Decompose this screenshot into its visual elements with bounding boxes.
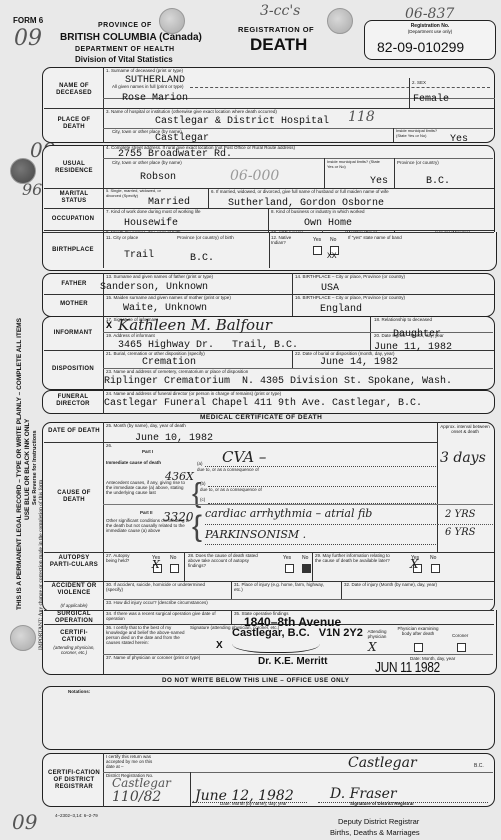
section-funeral-director: FUNERAL DIRECTOR — [44, 394, 102, 408]
street-address-value: 2755 Broadwater Rd. — [118, 149, 232, 160]
label-certify-statement: 36. I certify that to the best of my kno… — [106, 625, 190, 645]
punch-hole — [327, 8, 353, 34]
given-names-value: Rose Marion — [122, 93, 188, 104]
office-use-header: DO NOT WRITE BELOW THIS LINE – OFFICE US… — [162, 677, 349, 684]
section-name-of-deceased: NAME OF DECEASED — [48, 83, 100, 97]
native-yes-checkbox[interactable] — [313, 246, 322, 255]
label-cause-a: (a) — [197, 461, 203, 466]
section-marital-status: MARITAL STATUS — [48, 191, 100, 205]
district-reg-place: Castlegar — [112, 776, 171, 790]
res-province-value: B.C. — [426, 176, 450, 187]
section-usual-residence: USUAL RESIDENCE — [48, 161, 100, 175]
margin-note: 09 — [12, 810, 37, 834]
section-father: FATHER — [48, 281, 100, 288]
section-certification: CERTIFI-CATION — [48, 630, 100, 644]
label-mother-birthplace: 16. BIRTHPLACE – City or place, Province… — [295, 295, 405, 300]
death-city-value: Castlegar — [155, 133, 209, 144]
label-cause-b: (b) — [200, 481, 206, 486]
deputy-registrar-line2: Births, Deaths & Marriages — [330, 828, 420, 837]
label-spouse: 6. If married, widowed, or divorced, giv… — [211, 189, 389, 194]
cause-a-interval: 3 days — [440, 450, 486, 466]
section-cause-of-death: CAUSE OF DEATH — [48, 490, 100, 504]
label-findings-no: No — [302, 556, 308, 561]
punch-hole — [10, 625, 36, 651]
hospital-code: 118 — [348, 109, 375, 125]
label-industry: 8. Kind of business or industry in which… — [271, 209, 365, 214]
further-no-checkbox[interactable] — [431, 564, 440, 573]
crematorium-value: Riplinger Crematorium N. 4305 Division S… — [104, 376, 452, 387]
registrar-signature: D. Fraser — [330, 786, 397, 802]
label-attending: Attending physician — [360, 629, 394, 639]
father-value: Sanderson, Unknown — [100, 282, 208, 293]
section-disposition: DISPOSITION — [44, 366, 102, 373]
label-immediate-cause: Immediate cause of death — [106, 460, 161, 465]
other-condition-1-interval: 2 YRS — [445, 509, 476, 520]
birth-province: B.C. — [190, 253, 214, 264]
deputy-registrar-line1: Deputy District Registrar — [338, 817, 419, 826]
section-registrar: CERTIFI-CATION OF DISTRICT REGISTRAR — [46, 770, 102, 791]
res-code: 06-000 — [230, 168, 279, 184]
label-further-info: 29. May further information relating to … — [315, 553, 393, 563]
cause-a-value: CVA – — [222, 448, 266, 466]
department: DEPARTMENT OF HEALTH — [75, 46, 175, 53]
medical-certificate-header: MEDICAL CERTIFICATE OF DEATH — [200, 414, 322, 421]
label-injury-date: 32. Date of injury (Month (by name), day… — [344, 582, 437, 587]
label-autopsy: 27. Autopsy being held? — [106, 553, 136, 563]
label-part-1: Part I — [142, 449, 153, 454]
informant-signature: Kathleen M. Balfour — [118, 316, 272, 334]
label-coroner: Coroner — [452, 633, 468, 638]
label-native-indian-row: 12. Native Indian? — [271, 235, 293, 245]
physician-name-value: Dr. K.E. Merritt — [258, 656, 327, 667]
label-hospital: 3. Name of hospital or institution (othe… — [106, 109, 277, 114]
punch-hole — [159, 8, 185, 34]
label-birth-province-row: Province (or country) of birth — [177, 235, 234, 240]
form-title: DEATH — [250, 35, 307, 55]
label-birth-city-row: 11. City or place — [106, 235, 138, 240]
autopsy-no-checkbox[interactable] — [170, 564, 179, 573]
label-registrar-date: Date: Month (by name), day, year — [220, 801, 287, 806]
findings-yes-checkbox[interactable] — [285, 564, 294, 573]
death-inside-limits-value: Yes — [450, 134, 468, 145]
label-findings-yes: Yes — [283, 556, 291, 561]
form-code: 4–2302–3,14: 6–2-79 — [55, 813, 98, 818]
res-city-value: Robson — [140, 172, 176, 183]
label-part-2: Part II — [140, 510, 153, 515]
label-death-inside-limits: Inside municipal limits? (State Yes or N… — [396, 129, 444, 138]
label-given-names: All given names in full (print or type) — [112, 84, 184, 89]
section-mother: MOTHER — [48, 301, 100, 308]
label-injury-place: 31. Place of injury (e.g. home, farm, hi… — [234, 582, 329, 592]
other-condition-2: PARKINSONISM . — [205, 528, 306, 541]
section-occupation: OCCUPATION — [44, 216, 102, 223]
section-autopsy: AUTOPSY PARTI-CULARS — [48, 555, 100, 569]
province-name: BRITISH COLUMBIA (Canada) — [60, 32, 202, 43]
informant-x: X — [106, 321, 112, 332]
registrar-place: Castlegar — [348, 755, 417, 771]
section-informant: INFORMANT — [44, 330, 102, 337]
disposition-value: Cremation — [142, 357, 196, 368]
code-3320: 3320 — [163, 510, 194, 524]
label-surgery-date: 34. If there was a recent surgical opera… — [106, 611, 216, 621]
label-disposition: 21. Burial, cremation or other dispositi… — [106, 351, 205, 356]
registration-number-box: Registration No. (Department use only) 8… — [364, 20, 496, 60]
label-registrar-signature: Signature of District Registrar — [350, 801, 414, 806]
label-crematorium: 23. Name and address of cemetery, cremat… — [106, 369, 248, 374]
label-certification-sub: (attending physician, coroner, etc.) — [46, 645, 102, 655]
label-autopsy-findings: 28. Does the cause of death stated above… — [188, 553, 266, 568]
label-father: 13. Surname and given names of father (p… — [106, 274, 213, 279]
label-bc: B.C. — [474, 764, 484, 769]
further-yes-mark: X — [410, 557, 419, 571]
mother-value: Waite, Unknown — [123, 303, 207, 314]
label-disposition-date: 22. Date of burial or disposition (month… — [295, 351, 394, 356]
label-surname: 1. Surname of deceased (print or type) — [106, 68, 183, 73]
findings-no-checkbox[interactable] — [302, 564, 311, 573]
occupation-value: Housewife — [124, 218, 178, 229]
informant-address-value: 3465 Highway Dr. Trail, B.C. — [118, 340, 298, 351]
section-place-of-death: PLACE OF DEATH — [48, 117, 100, 131]
label-res-inside-limits: Inside municipal limits? (State Yes or N… — [327, 160, 382, 169]
label-date-of-death: 25. Month (by name), day, year of death — [106, 423, 186, 428]
label-further-no: No — [430, 556, 436, 561]
marital-value: Married — [148, 197, 190, 208]
side-instruction-1: THIS IS A PERMANENT LEGAL RECORD – TYPE … — [16, 318, 23, 610]
label-res-province: Province (or country) — [397, 160, 439, 165]
date-of-death-value: June 10, 1982 — [135, 433, 213, 444]
label-accident-type: 30. If accident, suicide, homicide or un… — [106, 582, 216, 592]
label-physician-name: 37. Name of physician or coroner (print … — [106, 655, 200, 660]
label-sex: 2. SEX — [412, 80, 426, 85]
reg-no-value: 82-09-010299 — [377, 39, 464, 55]
label-cause-c: (c) — [200, 497, 205, 502]
examining-checkbox[interactable] — [414, 643, 423, 652]
label-occupation: 7. Kind of work done during most of work… — [106, 209, 201, 214]
res-inside-limits-value: Yes — [370, 176, 388, 187]
district-reg-no-value: 110/82 — [112, 789, 161, 805]
label-antecedent: Antecedent causes, if any, giving rise t… — [106, 480, 186, 495]
notations-block — [42, 686, 495, 750]
label-father-birthplace: 14. BIRTHPLACE – City or place, Province… — [295, 274, 405, 279]
label-cause: 26. — [106, 443, 112, 448]
autopsy-yes-mark: X — [152, 558, 160, 571]
label-interval: Approx. interval between onset & death — [440, 424, 490, 434]
label-mother: 15. Maiden surname and given names of mo… — [106, 295, 231, 300]
province-of: PROVINCE OF — [98, 22, 152, 29]
label-due-to-b: due to, or as a consequence of — [200, 487, 262, 492]
label-relationship: 18. Relationship to deceased — [374, 317, 432, 322]
copies-note: 3-cc's — [260, 3, 300, 19]
form-number: FORM 6 — [13, 16, 43, 25]
industry-value: Own Home — [304, 218, 352, 229]
coroner-checkbox[interactable] — [457, 643, 466, 652]
label-registrar-certify: I certify this return was accepted by me… — [106, 754, 156, 769]
section-accident: ACCIDENT OR VIOLENCE — [48, 583, 100, 597]
birth-city: Trail — [124, 250, 154, 261]
sex-value: Female — [413, 94, 449, 105]
label-injury-how: 33. How did injury occur? (describe circ… — [106, 600, 208, 605]
other-condition-2-interval: 6 YRS — [445, 527, 476, 538]
section-surgical: SURGICAL OPERATION — [48, 611, 100, 625]
label-native-yes-row: Yes — [313, 238, 321, 243]
spouse-value: Sutherland, Gordon Osborne — [228, 198, 384, 209]
reg-no-sublabel: (Department use only) — [365, 29, 495, 34]
disposition-date-value: June 14, 1982 — [320, 357, 398, 368]
label-native-no-row: No — [330, 238, 336, 243]
section-date-of-death: DATE OF DEATH — [48, 428, 100, 435]
other-condition-1: cardiac arrhythmia – atrial fib — [205, 507, 372, 520]
father-birthplace-value: USA — [321, 283, 339, 294]
margin-note: 09 — [14, 26, 42, 51]
label-examining: Physician examining body after death — [393, 626, 443, 636]
native-no-mark: XX — [327, 252, 337, 261]
label-res-city: City, town or other place (by name) — [112, 160, 182, 165]
label-band-name-row: If "yes" state name of band — [348, 235, 402, 240]
label-date-signed: 20. Date signed – Month, day, year — [374, 333, 444, 338]
label-autopsy-no: No — [170, 556, 176, 561]
cert-date-value: JUN 11 1982 — [375, 659, 440, 676]
section-birthplace-row: BIRTHPLACE — [44, 247, 102, 254]
label-informant-address: 19. Address of informant — [106, 333, 155, 338]
hospital-value: Castlegar & District Hospital — [155, 116, 329, 127]
physician-signature-scribble — [232, 630, 320, 653]
registration-of: REGISTRATION OF — [238, 25, 314, 34]
funeral-director-value: Castlegar Funeral Chapel 411 9th Ave. Ca… — [104, 398, 422, 409]
mother-birthplace-value: England — [320, 304, 362, 315]
cert-x: X — [216, 640, 223, 651]
side-instruction-2: USE BLUE OR BLACK INK ONLY — [24, 419, 31, 520]
label-notations: Notations: — [68, 689, 90, 694]
label-funeral-director: 24. Name and address of funeral director… — [106, 391, 281, 396]
label-due-to-a: due to, or as a consequence of — [197, 467, 259, 472]
attending-mark: X — [368, 640, 377, 654]
division: Division of Vital Statistics — [75, 55, 173, 64]
label-if-applicable: (If applicable) — [48, 603, 100, 608]
